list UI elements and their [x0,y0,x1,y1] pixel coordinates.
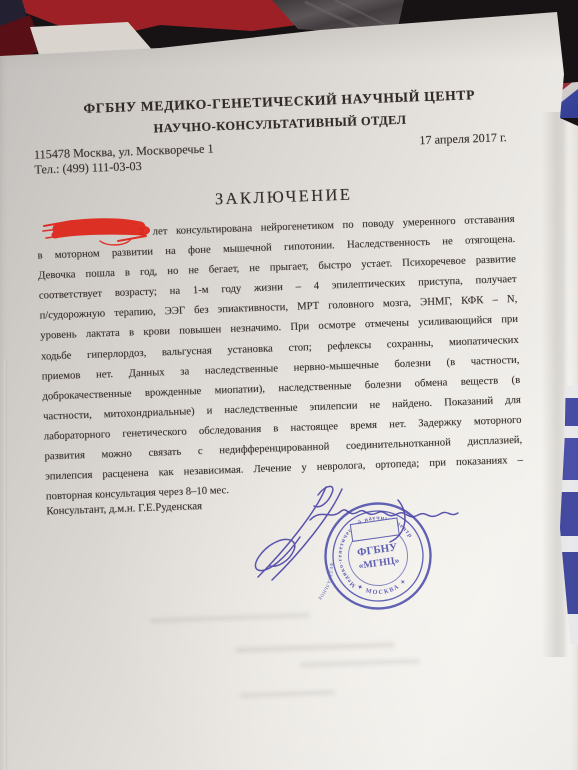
redaction-scribble [38,212,158,254]
ink-layer: ФЕДЕРАЛЬНОЕ ГОСУДАРСТВЕННОЕ БЮДЖЕТНОЕ НА… [0,0,578,770]
bleed-through [235,642,395,653]
bleed-through [240,690,335,697]
photo-scene: ФГБНУ МЕДИКО-ГЕНЕТИЧЕСКИЙ НАУЧНЫЙ ЦЕНТР … [0,0,578,770]
bleed-through [150,613,310,623]
signature [220,478,470,593]
bleed-through [300,659,420,667]
document-paper: ФГБНУ МЕДИКО-ГЕНЕТИЧЕСКИЙ НАУЧНЫЙ ЦЕНТР … [0,0,578,770]
